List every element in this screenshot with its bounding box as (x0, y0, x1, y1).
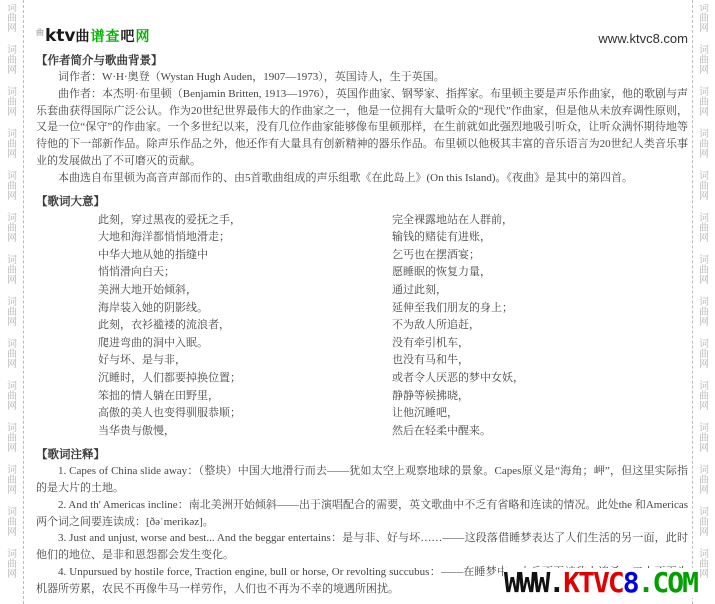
rail-char: 网 (4, 192, 20, 202)
site-logo[interactable]: 曲ktv曲谱查吧网 (36, 26, 151, 46)
rail-char-group: 词曲网 (4, 88, 20, 118)
rail-char-group: 词曲网 (4, 130, 20, 160)
lyric-line: 完全裸露地站在人群前， (392, 212, 688, 230)
rail-char: 网 (696, 192, 712, 202)
watermark-segment: .COM (638, 566, 697, 599)
rail-char: 网 (696, 570, 712, 580)
rail-char: 网 (696, 24, 712, 34)
right-margin-watermark: 词曲网词曲网词曲网词曲网词曲网词曲网词曲网词曲网词曲网词曲网词曲网词曲网词曲网词… (696, 4, 712, 604)
lyric-line: 输钱的赌徒有进账， (392, 229, 688, 247)
section-lyrics-summary: 【歌词大意】 此刻，穿过黑夜的爱抚之手，大地和海洋都悄悄地滑走；中华大地从她的指… (36, 194, 688, 441)
page-header: 曲ktv曲谱查吧网 www.ktvc8.com (36, 14, 688, 46)
rail-char-group: 词曲网 (696, 298, 712, 328)
rail-char: 网 (696, 444, 712, 454)
rail-char-group: 词曲网 (4, 340, 20, 370)
lyric-line: 不为敌人所追赶， (392, 317, 688, 335)
rail-char: 网 (4, 528, 20, 538)
logo-char: 曲 (76, 30, 91, 45)
rail-char: 网 (696, 318, 712, 328)
section-author-background: 【作者简介与歌曲背景】 词作者：W·H·奥登（Wystan Hugh Auden… (36, 53, 688, 187)
lyric-line: 沉睡时，人们都要掉换位置； (98, 370, 362, 388)
ktvc8-watermark: WWW.KTVC8.COM (504, 568, 697, 598)
lyric-line: 笨拙的情人躺在田野里， (98, 388, 362, 406)
rail-char-group: 词曲网 (696, 550, 712, 580)
logo-mini-glyph: 曲 (36, 28, 44, 37)
rail-char-group: 词曲网 (696, 340, 712, 370)
left-margin-watermark: 词曲网词曲网词曲网词曲网词曲网词曲网词曲网词曲网词曲网词曲网词曲网词曲网词曲网词… (4, 4, 20, 604)
lyric-line: 静静等候拂晓， (392, 388, 688, 406)
lyric-line: 当华贵与傲慢， (98, 423, 362, 441)
section-heading-lyrics: 【歌词大意】 (36, 194, 688, 210)
lyric-line: 此刻，穿过黑夜的爱抚之手， (98, 212, 362, 230)
author-background-paragraphs: 词作者：W·H·奥登（Wystan Hugh Auden，1907—1973），… (36, 69, 688, 187)
rail-char: 网 (696, 108, 712, 118)
rail-char: 网 (696, 234, 712, 244)
lyrics-columns: 此刻，穿过黑夜的爱抚之手，大地和海洋都悄悄地滑走；中华大地从她的指缝中悄悄滑向白… (36, 212, 688, 441)
lyric-line: 愿睡眠的恢复力量， (392, 264, 688, 282)
scanned-document-page: 词曲网词曲网词曲网词曲网词曲网词曲网词曲网词曲网词曲网词曲网词曲网词曲网词曲网词… (0, 0, 715, 604)
site-url[interactable]: www.ktvc8.com (598, 31, 688, 46)
lyric-line: 然后在轻柔中醒来。 (392, 423, 688, 441)
lyric-line: 延伸至我们朋友的身上； (392, 300, 688, 318)
rail-char: 网 (696, 66, 712, 76)
rail-char-group: 词曲网 (696, 382, 712, 412)
lyric-line: 大地和海洋都悄悄地滑走； (98, 229, 362, 247)
rail-char-group: 词曲网 (696, 256, 712, 286)
left-dashed-border (23, 0, 24, 604)
lyric-line: 此刻，衣衫褴褛的流浪者， (98, 317, 362, 335)
lyric-line: 海岸装入她的阴影线。 (98, 300, 362, 318)
logo-char: 网 (136, 30, 151, 45)
section-heading-author: 【作者简介与歌曲背景】 (36, 53, 688, 69)
intro-paragraph: 曲作者：本杰明·布里顿（Benjamin Britten, 1913—1976）… (36, 86, 688, 170)
logo-char: 谱 (91, 30, 106, 45)
rail-char-group: 词曲网 (696, 4, 712, 34)
rail-char-group: 词曲网 (4, 508, 20, 538)
logo-char: 查 (106, 30, 121, 45)
rail-char-group: 词曲网 (4, 46, 20, 76)
watermark-segment: KTVC (563, 566, 622, 599)
rail-char: 网 (4, 486, 20, 496)
rail-char: 网 (4, 66, 20, 76)
lyrics-column-left: 此刻，穿过黑夜的爱抚之手，大地和海洋都悄悄地滑走；中华大地从她的指缝中悄悄滑向白… (36, 212, 362, 441)
rail-char-group: 词曲网 (4, 298, 20, 328)
rail-char-group: 词曲网 (4, 424, 20, 454)
rail-char: 网 (696, 402, 712, 412)
rail-char-group: 词曲网 (696, 508, 712, 538)
rail-char-group: 词曲网 (4, 466, 20, 496)
rail-char-group: 词曲网 (696, 424, 712, 454)
rail-char: 网 (4, 444, 20, 454)
lyric-line: 中华大地从她的指缝中 (98, 247, 362, 265)
section-heading-notes: 【歌词注释】 (36, 447, 688, 463)
watermark-segment: 8 (623, 566, 638, 599)
rail-char: 网 (696, 528, 712, 538)
rail-char: 网 (696, 360, 712, 370)
rail-char-group: 词曲网 (4, 550, 20, 580)
rail-char: 网 (4, 570, 20, 580)
rail-char: 网 (4, 234, 20, 244)
note-item: 3. Just and unjust, worse and best... An… (36, 530, 688, 564)
right-dashed-border (692, 0, 693, 604)
rail-char-group: 词曲网 (4, 214, 20, 244)
rail-char-group: 词曲网 (696, 130, 712, 160)
rail-char-group: 词曲网 (4, 4, 20, 34)
lyric-line: 也没有马和牛， (392, 352, 688, 370)
rail-char-group: 词曲网 (4, 256, 20, 286)
rail-char: 网 (4, 150, 20, 160)
lyric-line: 没有牵引机车， (392, 335, 688, 353)
intro-paragraph: 本曲选自布里顿为高音声部而作的、由5首歌曲组成的声乐组歌《在此岛上》(On th… (36, 170, 688, 187)
lyric-line: 让他沉睡吧， (392, 405, 688, 423)
rail-char: 网 (4, 108, 20, 118)
rail-char: 网 (4, 402, 20, 412)
note-item: 1. Capes of China slide away：（整块）中国大地滑行而… (36, 463, 688, 497)
rail-char: 网 (4, 318, 20, 328)
note-item: 2. And th' Americas incline：南北美洲开始倾斜——出于… (36, 497, 688, 531)
lyric-line: 爬进弯曲的洞中入眠。 (98, 335, 362, 353)
rail-char: 网 (696, 276, 712, 286)
rail-char: 网 (696, 150, 712, 160)
lyric-line: 通过此刻， (392, 282, 688, 300)
document-content: 曲ktv曲谱查吧网 www.ktvc8.com 【作者简介与歌曲背景】 词作者：… (36, 14, 688, 598)
logo-chinese-text: 曲谱查吧网 (76, 28, 151, 45)
rail-char-group: 词曲网 (696, 214, 712, 244)
lyric-line: 高傲的美人也变得驯服恭顺； (98, 405, 362, 423)
rail-char-group: 词曲网 (696, 172, 712, 202)
lyrics-column-right: 完全裸露地站在人群前，输钱的赌徒有进账，乞丐也在摆酒宴；愿睡眠的恢复力量，通过此… (362, 212, 688, 441)
rail-char: 网 (696, 486, 712, 496)
lyric-line: 悄悄滑向白天； (98, 264, 362, 282)
rail-char: 网 (4, 276, 20, 286)
logo-latin-text: ktv (45, 26, 76, 46)
rail-char-group: 词曲网 (696, 88, 712, 118)
rail-char-group: 词曲网 (696, 46, 712, 76)
lyric-line: 乞丐也在摆酒宴； (392, 247, 688, 265)
watermark-segment: WWW. (504, 566, 563, 599)
rail-char-group: 词曲网 (4, 382, 20, 412)
lyric-line: 或者令人厌恶的梦中女妖， (392, 370, 688, 388)
intro-paragraph: 词作者：W·H·奥登（Wystan Hugh Auden，1907—1973），… (36, 69, 688, 86)
logo-char: 吧 (121, 30, 136, 45)
rail-char: 网 (4, 360, 20, 370)
rail-char-group: 词曲网 (696, 466, 712, 496)
rail-char: 网 (4, 24, 20, 34)
rail-char-group: 词曲网 (4, 172, 20, 202)
lyric-line: 美洲大地开始倾斜， (98, 282, 362, 300)
lyric-line: 好与坏、是与非， (98, 352, 362, 370)
